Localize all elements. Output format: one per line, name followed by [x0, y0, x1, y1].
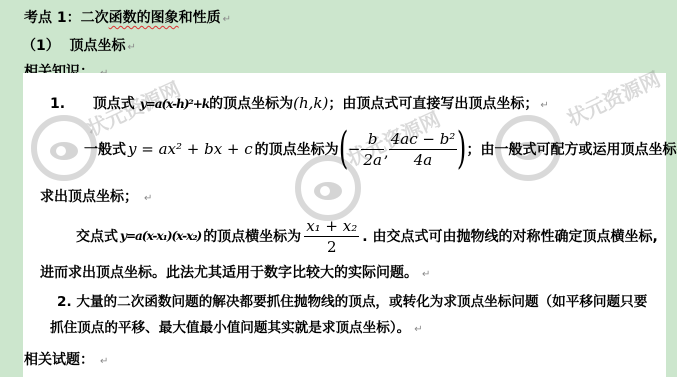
general-form-mid: 的顶点坐标为 — [255, 139, 339, 159]
intercept-form-mid: 的顶点横坐标为 — [203, 226, 301, 246]
minus-sign: − — [348, 140, 361, 158]
section-title-suffix: 和性质 — [179, 10, 221, 26]
item-number: 2. — [57, 294, 72, 310]
intercept-form-label: 交点式 — [76, 226, 118, 246]
left-paren: ( — [339, 127, 348, 171]
item-1-general-form: 一般式 y = ax² + bx + c 的顶点坐标为 ( − b 2a , 4… — [84, 121, 677, 177]
general-form-label: 一般式 — [84, 139, 126, 159]
axis-fraction: x₁ + x₂ 2 — [304, 216, 359, 257]
axis-denominator: 2 — [304, 237, 359, 257]
item-2-line-2: 抓住顶点的平移、最大值最小值问题其实就是求顶点坐标）。↵ — [50, 316, 423, 336]
intercept-form-formula: y=a(x-x₁)(x-x₂) — [120, 229, 201, 243]
intercept-form-continuation: 进而求出顶点坐标。此法尤其适用于数字比较大的实际问题。↵ — [40, 262, 430, 282]
paragraph-mark-icon: ↵ — [540, 100, 548, 111]
vertex-x-numerator: b — [361, 129, 384, 150]
section-title-prefix: 考点 1：二次 — [24, 10, 109, 26]
paragraph-mark-icon: ↵ — [100, 356, 108, 367]
vertex-form-mid: 的顶点坐标为 — [209, 96, 293, 112]
knowledge-panel: 状元资源网 状元资源网 状元资源网 1. 顶点式 y=a(x-h)²+k的顶点坐… — [23, 73, 666, 377]
vertex-coords: (h,k) — [293, 94, 328, 112]
paragraph-mark-icon: ↵ — [128, 42, 136, 53]
axis-numerator: x₁ + x₂ — [304, 216, 359, 237]
vertex-x-denominator: 2a — [361, 150, 384, 170]
paragraph-mark-icon: ↵ — [223, 14, 231, 25]
item-2-line-1: 2. 大量的二次函数问题的解决都要抓住抛物线的顶点，或转化为求顶点坐标问题（如平… — [57, 290, 647, 310]
subsection-title-text: （1） 顶点坐标 — [22, 38, 126, 54]
subsection-title: （1） 顶点坐标↵ — [22, 35, 136, 55]
section-title-spellcheck: 函数的图象 — [109, 10, 179, 26]
section-title: 考点 1：二次函数的图象和性质↵ — [24, 7, 231, 27]
vertex-form-label: 顶点式 — [93, 96, 135, 112]
item-1-vertex-form: 1. 顶点式 y=a(x-h)²+k的顶点坐标为(h,k)；由顶点式可直接写出顶… — [50, 93, 549, 113]
vertex-y-fraction: 4ac − b² 4a — [389, 129, 458, 170]
general-form-formula: y = ax² + bx + c — [128, 140, 253, 158]
intercept-form-tail: . 由交点式可由抛物线的对称性确定顶点横坐标, — [362, 226, 658, 246]
vertex-form-tail: ；由顶点式可直接写出顶点坐标； — [328, 96, 538, 112]
paragraph-mark-icon: ↵ — [422, 269, 430, 280]
vertex-y-denominator: 4a — [389, 150, 458, 170]
related-questions-label: 相关试题：↵ — [24, 349, 112, 369]
vertex-y-numerator: 4ac − b² — [389, 129, 458, 150]
item-number: 1. — [50, 96, 65, 112]
item-1-intercept-form: 交点式 y=a(x-x₁)(x-x₂) 的顶点横坐标为 x₁ + x₂ 2 . … — [76, 211, 658, 261]
vertex-x-fraction: b 2a — [361, 129, 384, 170]
right-paren: ) — [457, 127, 466, 171]
paragraph-mark-icon: ↵ — [414, 324, 422, 335]
paragraph-mark-icon: ↵ — [144, 193, 152, 204]
general-form-tail: ；由一般式可配方或运用顶点坐标公式 — [466, 139, 677, 159]
vertex-form-formula: y=a(x-h)²+k — [140, 97, 209, 111]
general-form-continuation: 求出顶点坐标；↵ — [40, 186, 152, 206]
